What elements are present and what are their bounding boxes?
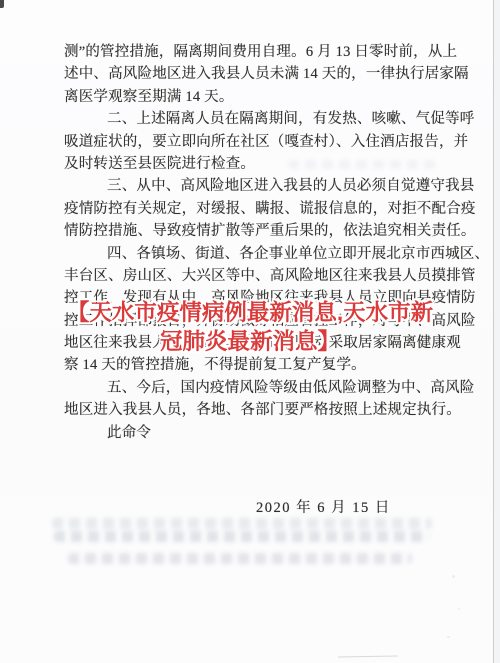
- scanner-corner-mark: [0, 0, 4, 8]
- overlay-caption: 【天水市疫情病例最新消息,天水市新 冠肺炎最新消息】: [0, 299, 500, 356]
- document-line: 四、各镇场、街道、各企事业单位立即开展北京市西城区、: [64, 243, 442, 265]
- document-line: 丰台区、房山区、大兴区等中、高风险地区往来我县人员摸排管: [64, 265, 442, 287]
- ink-bleedthrough: [54, 531, 429, 542]
- scan-artifact-line: [338, 655, 398, 657]
- overlay-caption-line2: 冠肺炎最新消息】: [0, 328, 500, 357]
- document-line: 五、今后，国内疫情风险等级由低风险调整为中、高风险: [64, 377, 442, 399]
- document-line: 离医学观察至期满 14 天。: [64, 86, 442, 108]
- document-line: 二、上述隔离人员在隔离期间，有发热、咳嗽、气促等呼: [64, 108, 442, 130]
- document-line: 吸道症状的，要立即向所在社区（嘎查村）、入住酒店报告，并: [64, 131, 442, 153]
- scan-artifact-speck: [447, 636, 450, 638]
- document-line: 三、从中、高风险地区进入我县的人员必须自觉遵守我县: [64, 175, 442, 197]
- document-line: 情防控措施、导致疫情扩散等严重后果的，依法追究相关责任。: [64, 220, 442, 242]
- ink-bleedthrough: [288, 160, 436, 169]
- document-line: 疫情防控有关规定，对缓报、瞒报、谎报信息的，对拒不配合疫: [64, 198, 442, 220]
- document-line: 测”的管控措施，隔离期间费用自理。6 月 13 日零时前，从上: [64, 41, 442, 63]
- document-line: 述中、高风险地区进入我县人员未满 14 天的，一律执行居家隔: [64, 63, 442, 85]
- document-text-block: 测”的管控措施，隔离期间费用自理。6 月 13 日零时前，从上 述中、高风险地区…: [64, 41, 442, 444]
- ink-bleedthrough: [68, 553, 412, 564]
- scan-artifact-speck: [458, 608, 460, 610]
- ink-bleedthrough: [52, 518, 432, 529]
- document-line: 地区进入我县人员，各地、各部门要严格按照上述规定执行。: [64, 399, 442, 421]
- document-line: 察 14 天的管控措施，不得提前复工复产复学。: [64, 354, 442, 376]
- overlay-caption-line1: 【天水市疫情病例最新消息,天水市新: [0, 299, 500, 328]
- document-date: 2020 年 6 月 15 日: [256, 496, 391, 517]
- scanned-notice-page: { "overlay": { "line1": "【天水市疫情病例最新消息,天水…: [0, 0, 500, 663]
- scan-artifact-speck: [452, 575, 455, 578]
- document-line-signoff: 此命令: [64, 422, 442, 444]
